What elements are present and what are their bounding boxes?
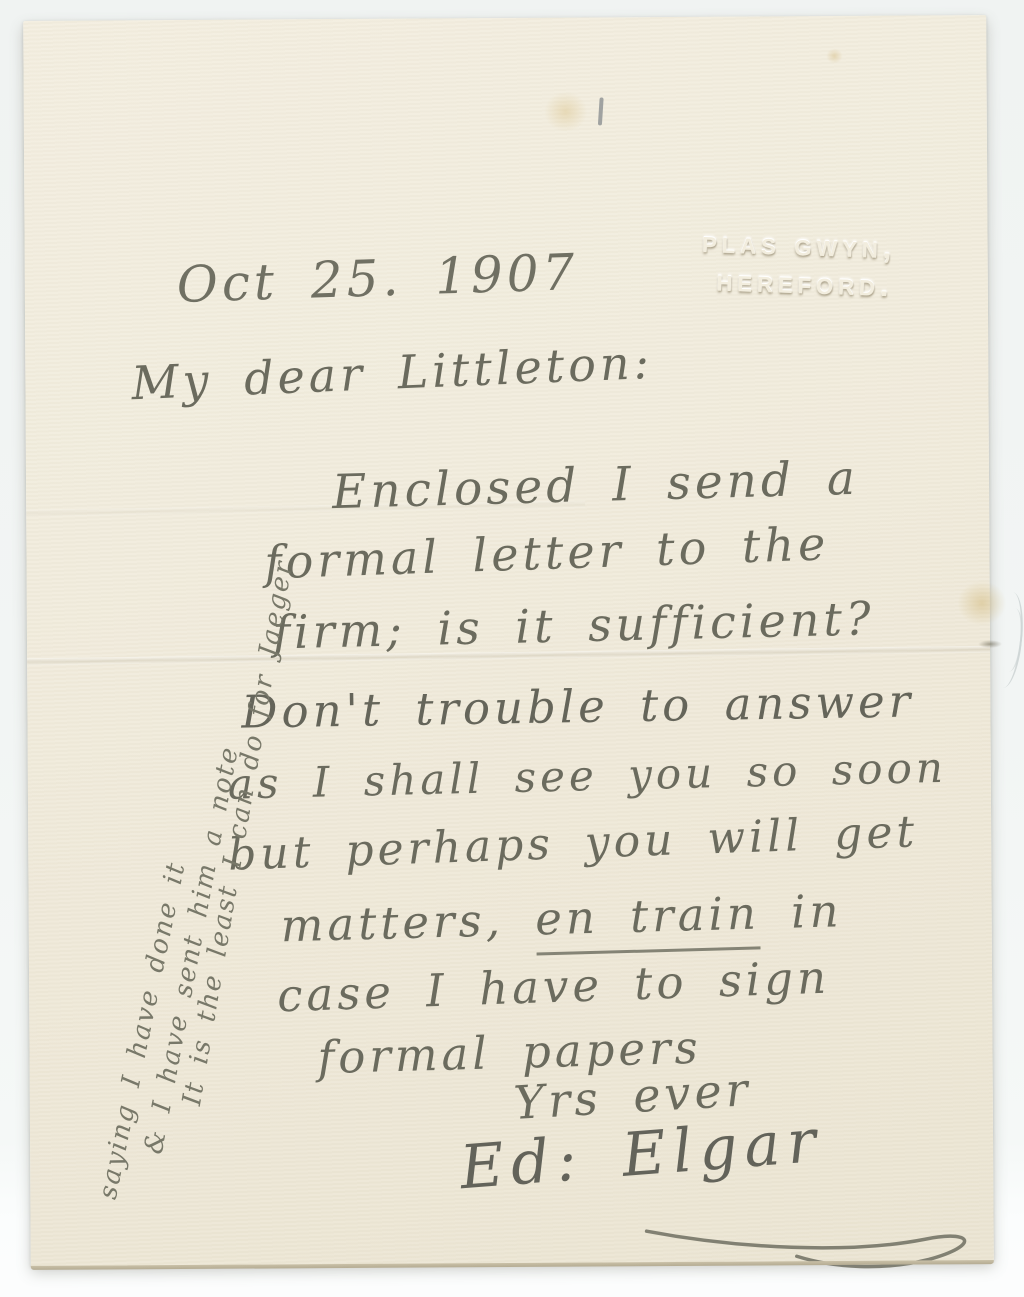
- embossed-letterhead: Plas Gwyn, Hereford.: [669, 222, 929, 306]
- body-line-5: as I shall see you so soon: [227, 747, 947, 806]
- body-line-3: firm; is it sufficient?: [272, 595, 875, 655]
- body-line-8: case I have to sign: [276, 955, 830, 1019]
- signature-flourish: [628, 1187, 1024, 1285]
- body-line-7-underlined-phrase: en train: [534, 886, 760, 955]
- body-line-2: formal letter to the: [264, 520, 830, 585]
- scanned-letter-page: { "colors": { "ink": "#6b6b5e", "paper":…: [0, 0, 1024, 1297]
- letterhead-line-2: Hereford.: [669, 260, 928, 306]
- paper-stain: [823, 46, 845, 66]
- body-line-7-post: in: [759, 884, 843, 939]
- salutation-line: My dear Littleton:: [130, 339, 653, 406]
- body-line-1: Enclosed I send a: [331, 455, 859, 516]
- body-line-4: Don't trouble to answer: [241, 678, 914, 734]
- body-line-7-pre: matters,: [280, 893, 536, 953]
- date-line: Oct 25. 1907: [176, 247, 579, 310]
- ink-speck: [598, 97, 604, 125]
- signature: Ed: Elgar: [458, 1111, 825, 1198]
- body-line-6: but perhaps you will get: [228, 810, 919, 877]
- photo-background: Plas Gwyn, Hereford. Oct 25. 1907 My dea…: [0, 0, 1024, 1297]
- letter-paper: Plas Gwyn, Hereford. Oct 25. 1907 My dea…: [23, 15, 994, 1267]
- body-line-7: matters, en train in: [280, 888, 843, 948]
- paper-stain: [536, 83, 596, 139]
